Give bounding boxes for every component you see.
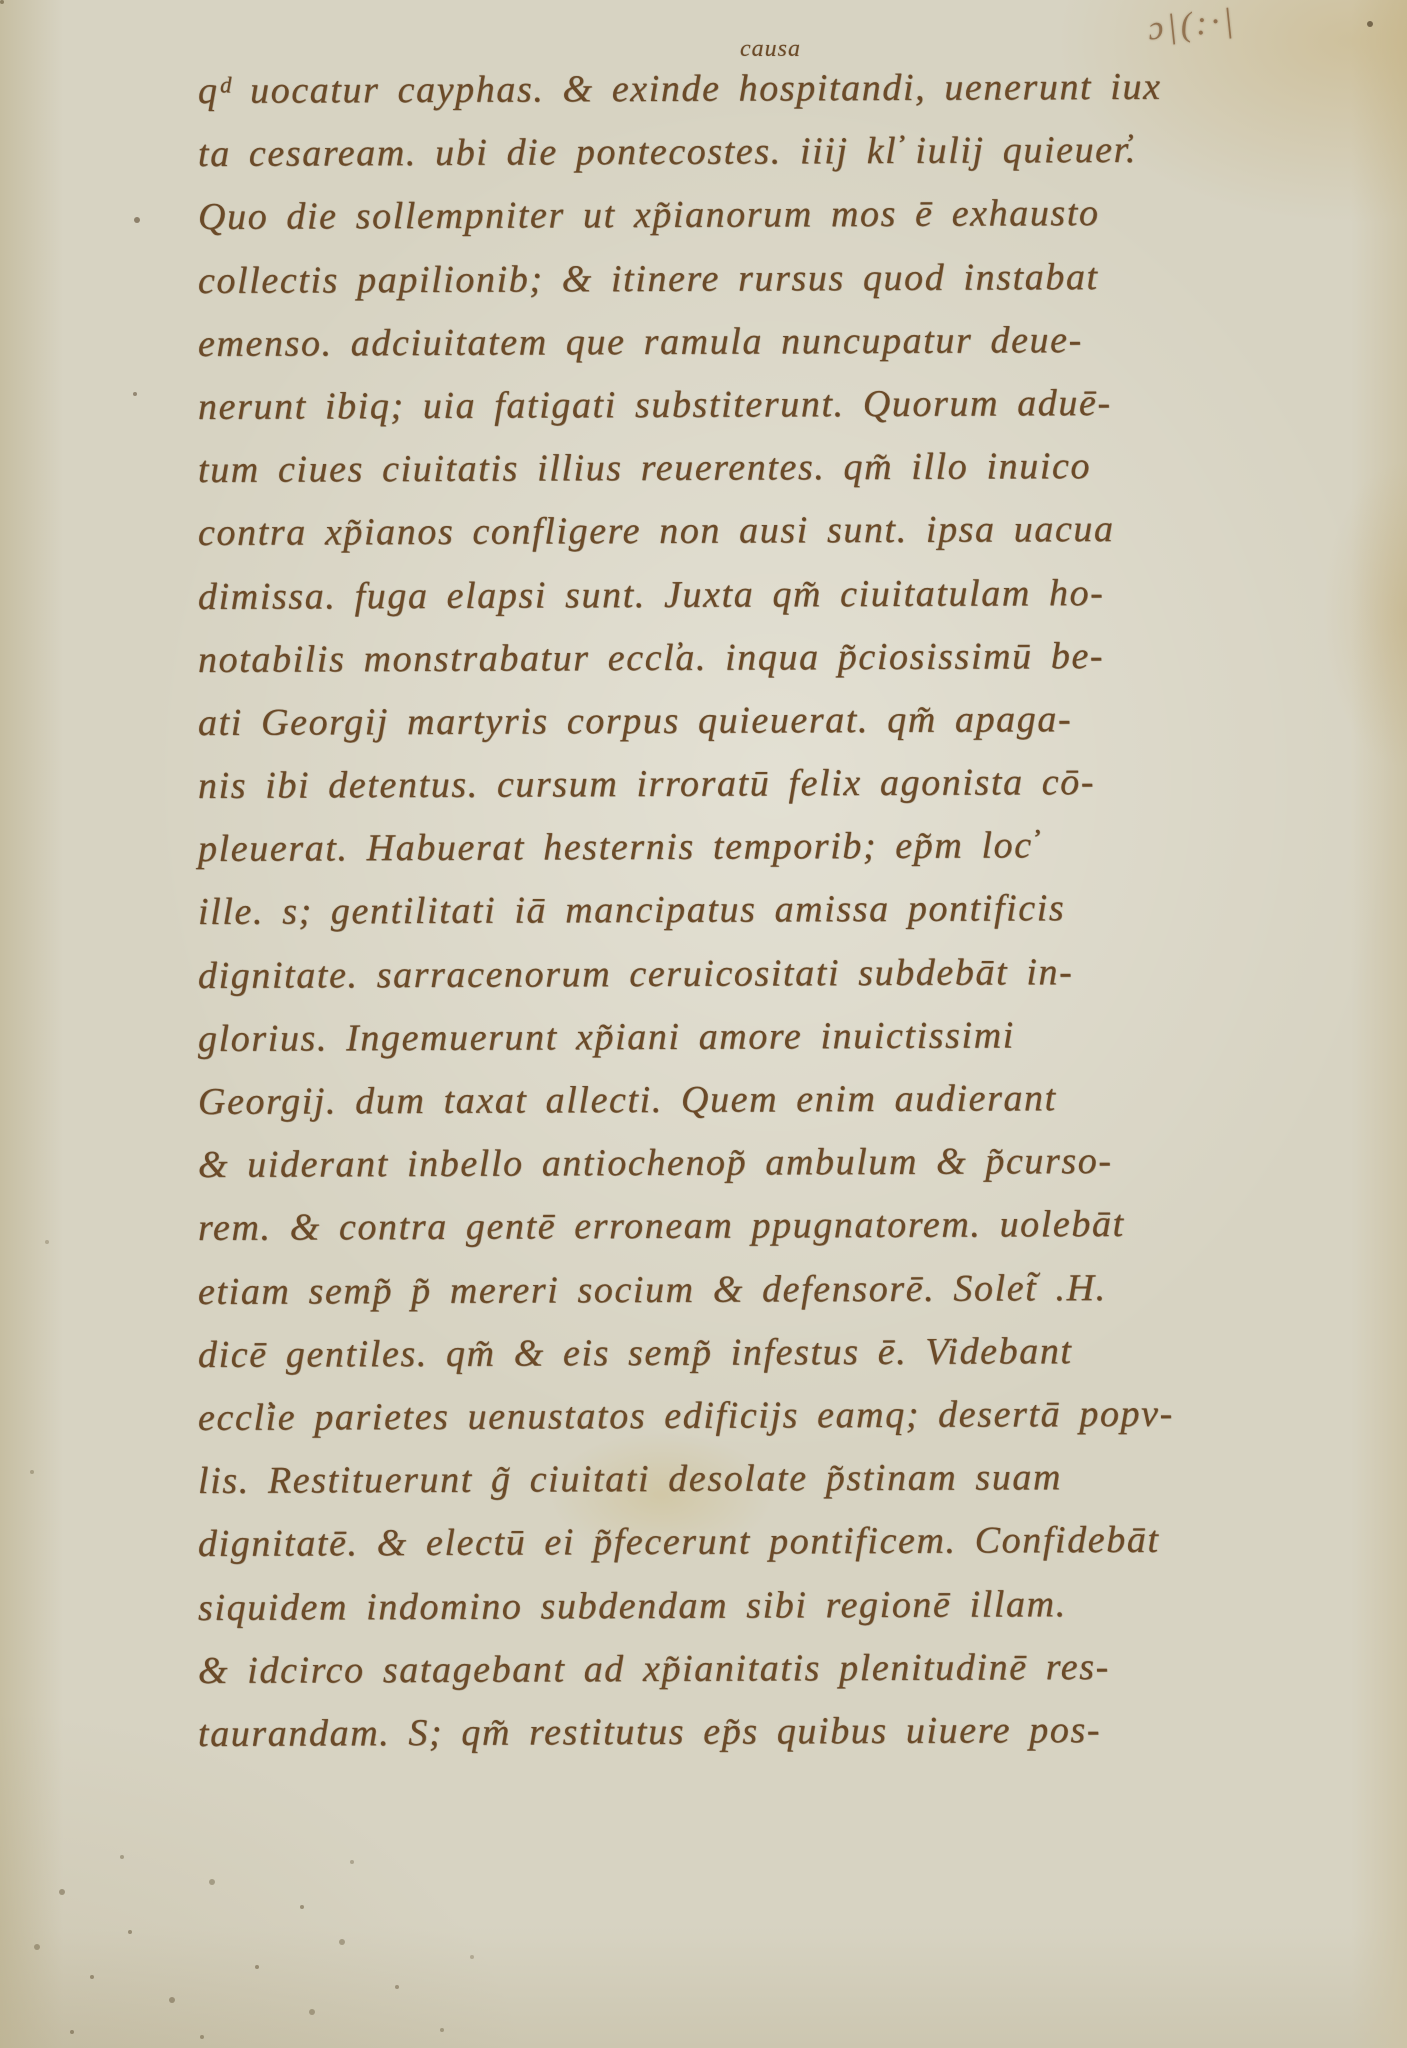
manuscript-line: dignitate. sarracenorum ceruicositati su… bbox=[198, 939, 1388, 1007]
manuscript-line: ati Georgij martyris corpus quieuerat. q… bbox=[198, 687, 1388, 755]
manuscript-line: pleuerat. Habuerat hesternis temporib; e… bbox=[198, 813, 1388, 881]
manuscript-line: dimissa. fuga elapsi sunt. Juxta qm̃ ciu… bbox=[198, 560, 1388, 628]
parchment-speckles bbox=[0, 0, 4, 4]
manuscript-line: etiam semp̃ p̃ mereri socium & defensorē… bbox=[198, 1255, 1388, 1323]
manuscript-line: glorius. Ingemuerunt xp̃iani amore inuic… bbox=[198, 1003, 1388, 1071]
text-block: qᵈ uocatur cayphas. & exinde hospitandi,… bbox=[198, 60, 1388, 1766]
manuscript-line: rem. & contra gentē erroneam ppugnatorem… bbox=[198, 1192, 1388, 1260]
manuscript-line: dicē gentiles. qm̃ & eis semp̃ infestus … bbox=[198, 1319, 1388, 1387]
manuscript-page: ɔ|(:·| causa qᵈ uocatur cayphas. & exind… bbox=[0, 0, 1407, 2048]
manuscript-line: contra xp̃ianos confligere non ausi sunt… bbox=[198, 497, 1388, 565]
manuscript-line: notabilis monstrabatur eccl̕a. inqua p̃c… bbox=[198, 623, 1388, 691]
manuscript-line: emenso. adciuitatem que ramula nuncupatu… bbox=[198, 308, 1388, 376]
manuscript-line: collectis papilionib; & itinere rursus q… bbox=[198, 244, 1388, 312]
manuscript-line: ta cesaream. ubi die pontecostes. iiij k… bbox=[198, 118, 1388, 186]
manuscript-line: Quo die sollempniter ut xp̃ianorum mos ē… bbox=[198, 181, 1388, 249]
manuscript-line: & uiderant inbello antiochenop̃ ambulum … bbox=[198, 1129, 1388, 1197]
manuscript-line: nerunt ibiq; uia fatigati substiterunt. … bbox=[198, 371, 1388, 439]
manuscript-line: qᵈ uocatur cayphas. & exinde hospitandi,… bbox=[198, 55, 1388, 123]
manuscript-line: dignitatē. & electū ei p̃fecerunt pontif… bbox=[198, 1508, 1388, 1576]
manuscript-line: taurandam. S; qm̃ restitutus ep̃s quibus… bbox=[198, 1698, 1388, 1766]
manuscript-line: lis. Restituerunt g̃ ciuitati desolate p… bbox=[198, 1445, 1388, 1513]
manuscript-line: Georgij. dum taxat allecti. Quem enim au… bbox=[198, 1066, 1388, 1134]
folio-corner-mark: ɔ|(:·| bbox=[1146, 1, 1238, 48]
manuscript-line: tum ciues ciuitatis illius reuerentes. q… bbox=[198, 434, 1388, 502]
manuscript-line: eccl̕ie parietes uenustatos edificijs ea… bbox=[198, 1382, 1388, 1450]
manuscript-line: siquidem indomino subdendam sibi regionē… bbox=[198, 1571, 1388, 1639]
manuscript-line: & idcirco satagebant ad xp̃ianitatis ple… bbox=[198, 1634, 1388, 1702]
manuscript-line: nis ibi detentus. cursum irroratū felix … bbox=[198, 750, 1388, 818]
manuscript-line: ille. s; gentilitati iā mancipatus amiss… bbox=[198, 876, 1388, 944]
